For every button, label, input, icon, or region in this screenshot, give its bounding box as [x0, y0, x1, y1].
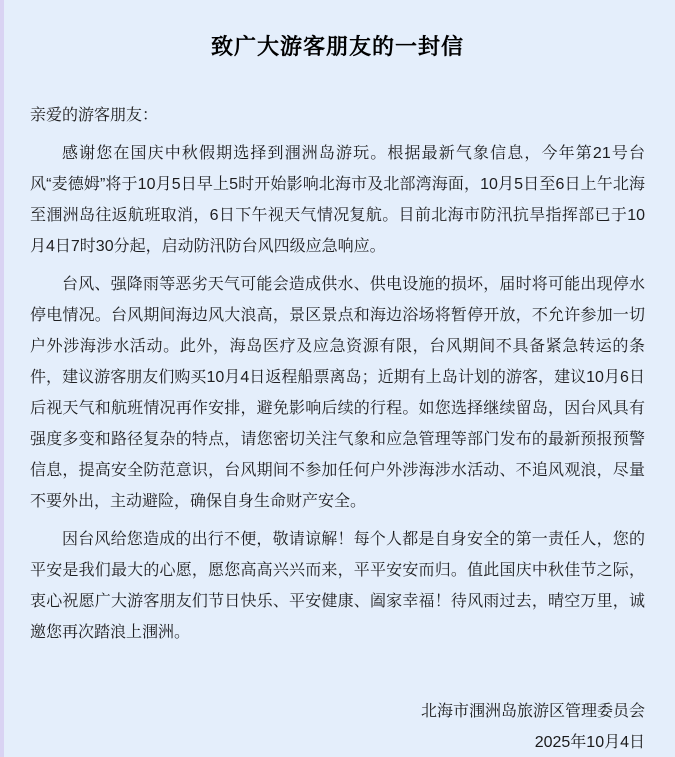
letter-title: 致广大游客朋友的一封信: [30, 0, 645, 60]
letter-paragraph-2: 台风、强降雨等恶劣天气可能会造成供水、供电设施的损坏，届时将可能出现停水停电情况…: [30, 269, 645, 517]
letter-paragraph-3: 因台风给您造成的出行不便，敬请谅解！每个人都是自身安全的第一责任人，您的平安是我…: [30, 524, 645, 648]
page-background: { "page": { "background_color": "#e4eefb…: [0, 0, 675, 757]
letter-signature: 北海市涠洲岛旅游区管理委员会: [30, 696, 645, 727]
page-edge-strip: [0, 0, 4, 757]
letter-document: 致广大游客朋友的一封信 亲爱的游客朋友： 感谢您在国庆中秋假期选择到涠洲岛游玩。…: [0, 0, 675, 757]
letter-paragraph-1: 感谢您在国庆中秋假期选择到涠洲岛游玩。根据最新气象信息，今年第21号台风“麦德姆…: [30, 138, 645, 262]
letter-date: 2025年10月4日: [30, 727, 645, 757]
letter-salutation: 亲爱的游客朋友：: [30, 100, 645, 131]
